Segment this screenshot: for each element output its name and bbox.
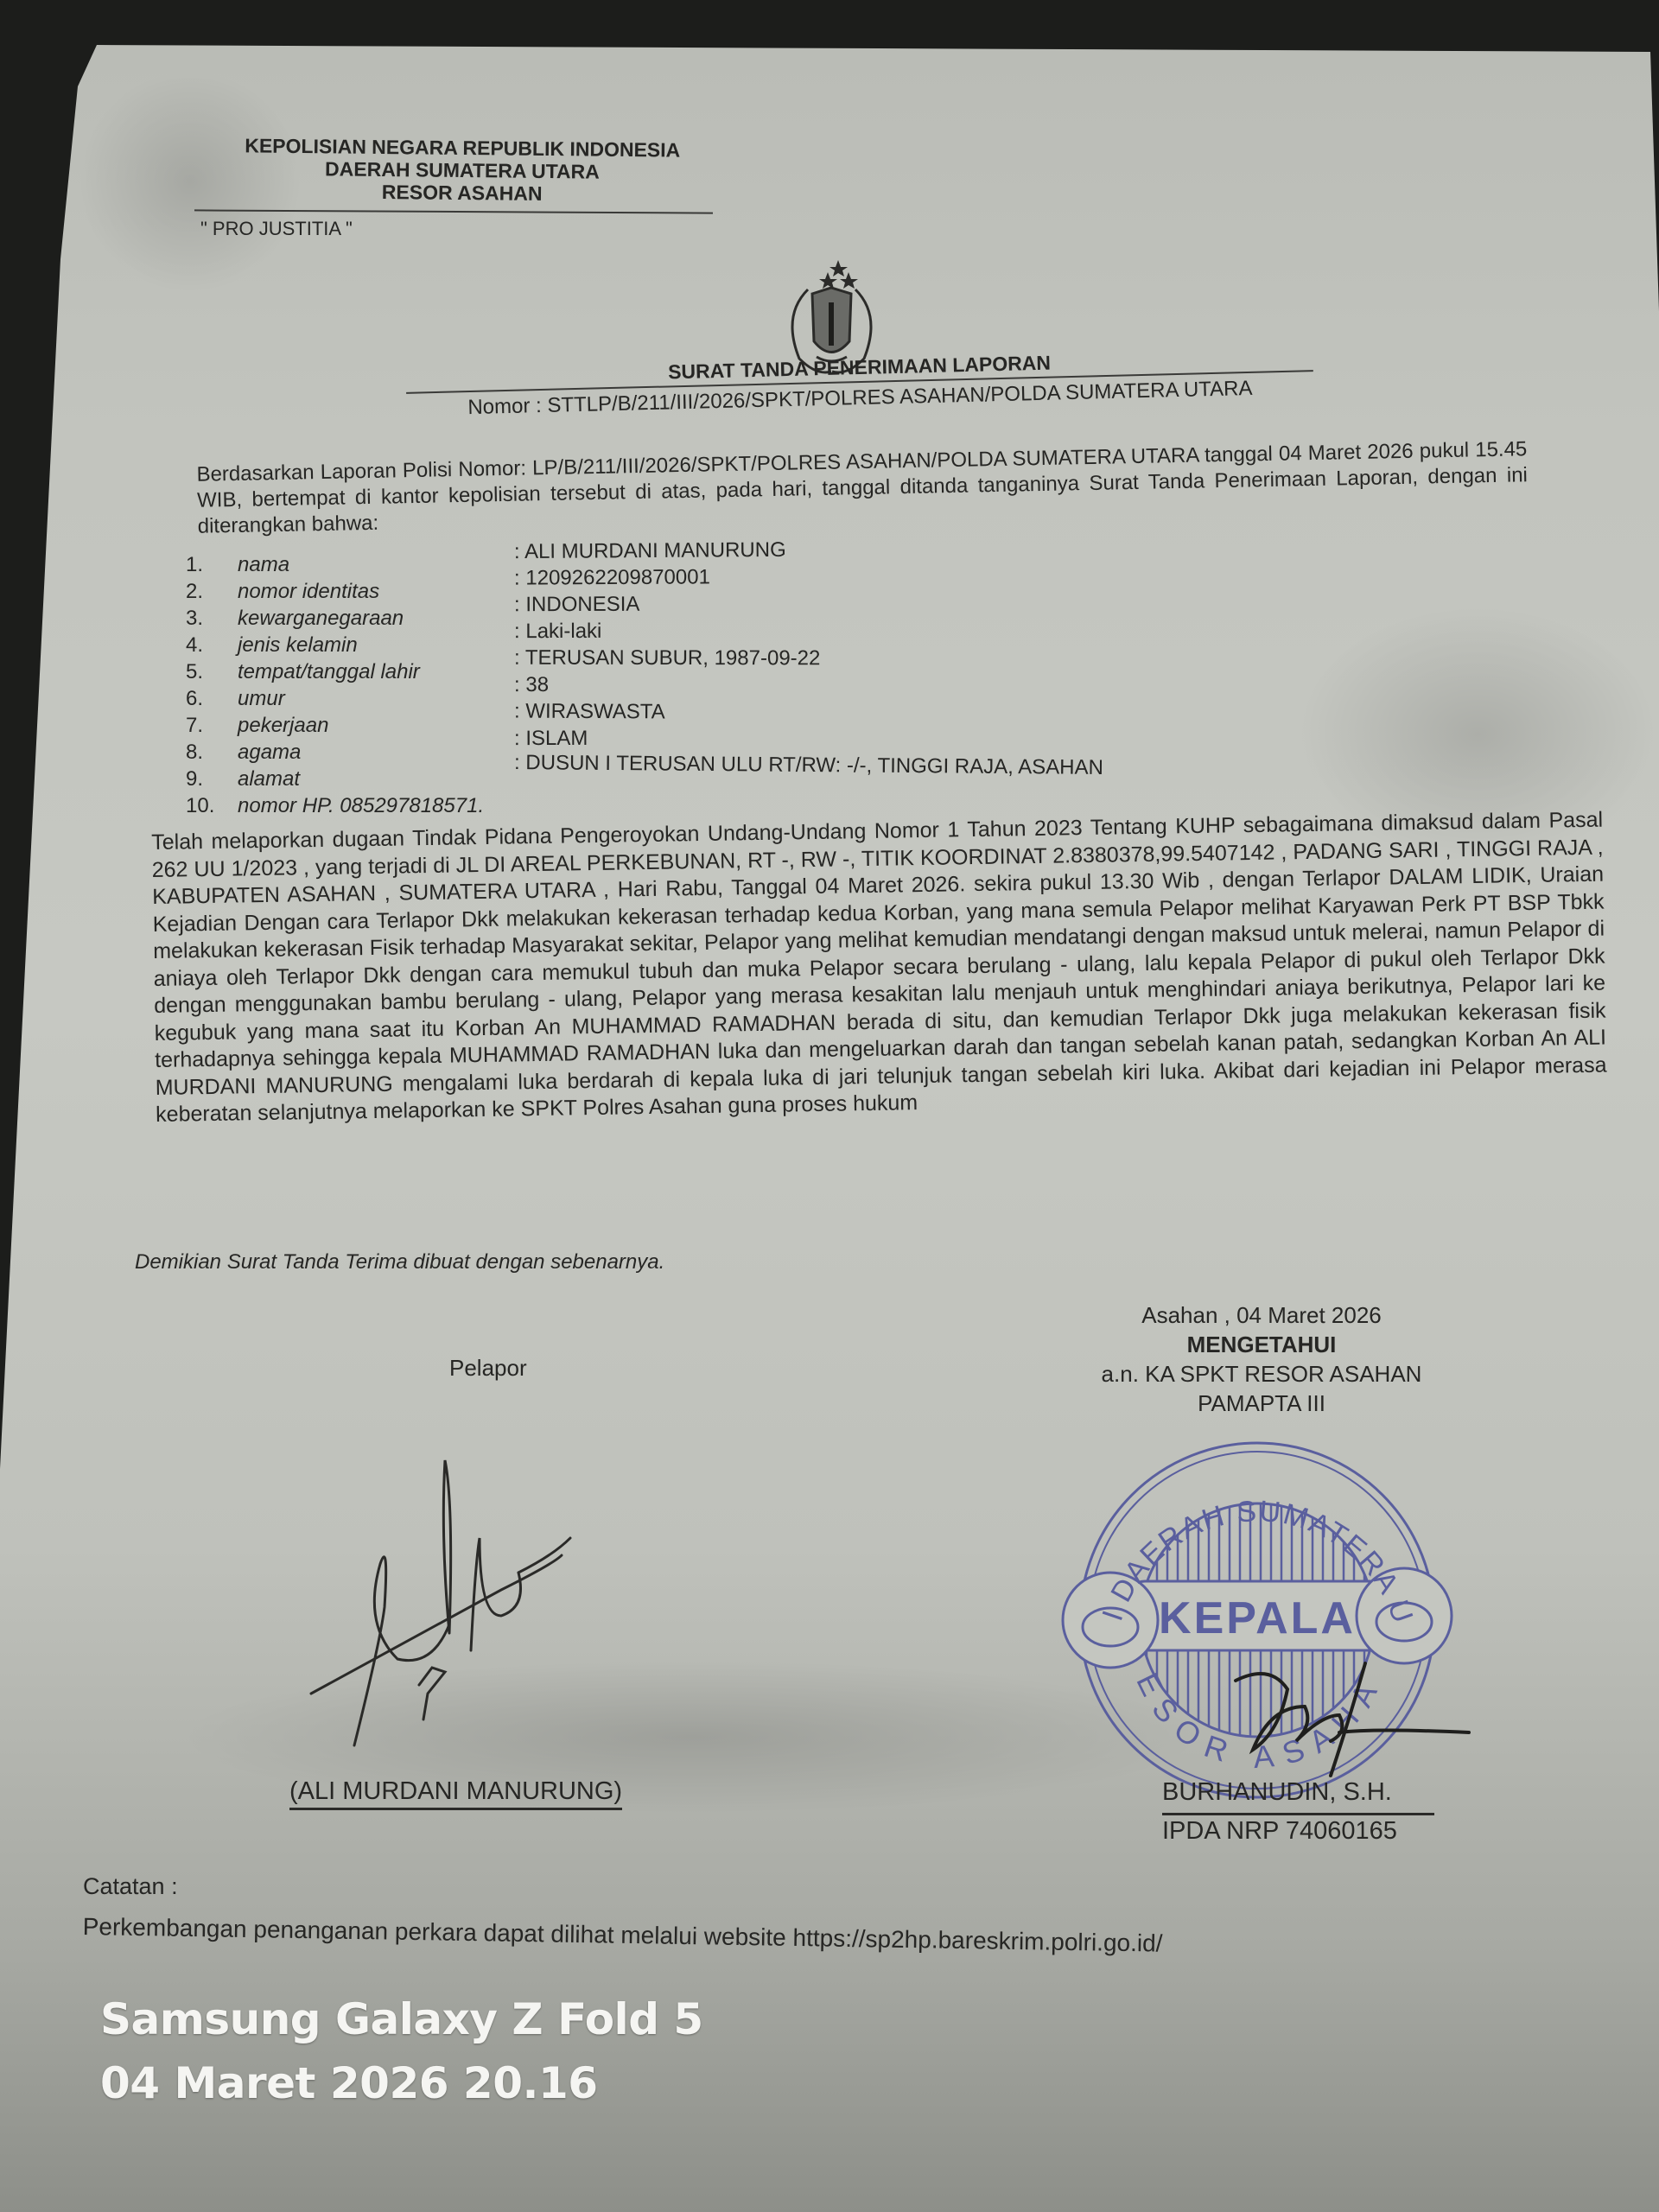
field-row: 9.alamatDUSUN I TERUSAN ULU RT/RW: -/-, … — [186, 767, 1309, 794]
incident-narrative: Telah melaporkan dugaan Tindak Pidana Pe… — [151, 807, 1607, 1129]
reporter-name: (ALI MURDANI MANURUNG) — [289, 1777, 622, 1810]
field-number: 9. — [186, 767, 220, 791]
field-number: 3. — [186, 607, 220, 631]
field-label: jenis kelamin — [238, 633, 358, 658]
field-label: nomor HP. 085297818571. — [238, 794, 484, 818]
agency-header: KEPOLISIAN NEGARA REPUBLIK INDONESIA DAE… — [203, 134, 722, 207]
field-row: 5.tempat/tanggal lahirTERUSAN SUBUR, 198… — [186, 660, 1309, 687]
watermark-device: Samsung Galaxy Z Fold 5 — [100, 1987, 703, 2051]
officer-name-underline — [1162, 1813, 1434, 1815]
field-number: 4. — [186, 633, 220, 658]
closing-statement: Demikian Surat Tanda Terima dibuat denga… — [135, 1250, 664, 1274]
field-number: 1. — [186, 553, 220, 577]
field-value: ISLAM — [514, 727, 588, 751]
field-value: 1209262209870001 — [514, 565, 710, 590]
field-label: umur — [238, 687, 285, 711]
field-label: tempat/tanggal lahir — [238, 660, 420, 684]
field-value: INDONESIA — [514, 593, 639, 618]
officer-name: BURHANUDIN, S.H. — [1162, 1778, 1392, 1807]
reporter-signature-icon — [302, 1434, 579, 1754]
officer-signature-icon — [1218, 1655, 1478, 1784]
field-number: 5. — [186, 660, 220, 684]
field-number: 7. — [186, 714, 220, 738]
pro-justitia-label: " PRO JUSTITIA " — [200, 218, 353, 240]
field-label: alamat — [238, 767, 300, 791]
field-row: 7.pekerjaanWIRASWASTA — [186, 714, 1309, 741]
position-label: PAMAPTA III — [1037, 1389, 1486, 1418]
field-value: DUSUN I TERUSAN ULU RT/RW: -/-, TINGGI R… — [514, 751, 1103, 780]
field-label: pekerjaan — [238, 714, 328, 738]
field-label: nomor identitas — [238, 580, 379, 604]
field-number: 10. — [186, 794, 220, 818]
officer-signature-header: Asahan , 04 Maret 2026 MENGETAHUI a.n. K… — [1037, 1300, 1486, 1418]
field-value: WIRASWASTA — [514, 700, 665, 725]
field-number: 6. — [186, 687, 220, 711]
field-label: agama — [238, 741, 301, 765]
field-value: ALI MURDANI MANURUNG — [514, 538, 786, 564]
mengetahui-label: MENGETAHUI — [1037, 1330, 1486, 1359]
field-label: nama — [238, 553, 289, 577]
stamp-center-text: KEPALA — [1159, 1593, 1356, 1643]
field-value: Laki-laki — [514, 620, 601, 644]
reporter-identity-fields: 1.namaALI MURDANI MANURUNG2.nomor identi… — [186, 553, 1309, 821]
place-date: Asahan , 04 Maret 2026 — [1037, 1300, 1486, 1330]
field-value: 38 — [514, 673, 549, 697]
field-number: 8. — [186, 741, 220, 765]
watermark-datetime: 04 Maret 2026 20.16 — [100, 2051, 703, 2115]
field-label: kewarganegaraan — [238, 607, 404, 631]
note-label: Catatan : — [83, 1873, 178, 1900]
field-row: 1.namaALI MURDANI MANURUNG — [186, 553, 1309, 580]
field-row: 3.kewarganegaraanINDONESIA — [186, 607, 1309, 633]
field-row: 6.umur38 — [186, 687, 1309, 714]
reporter-label: Pelapor — [449, 1355, 527, 1382]
on-behalf-label: a.n. KA SPKT RESOR ASAHAN — [1037, 1359, 1486, 1389]
camera-watermark: Samsung Galaxy Z Fold 5 04 Maret 2026 20… — [100, 1987, 703, 2115]
field-value: TERUSAN SUBUR, 1987-09-22 — [514, 646, 820, 671]
officer-rank-nrp: IPDA NRP 74060165 — [1162, 1817, 1397, 1846]
field-row: 2.nomor identitas1209262209870001 — [186, 580, 1309, 607]
field-number: 2. — [186, 580, 220, 604]
